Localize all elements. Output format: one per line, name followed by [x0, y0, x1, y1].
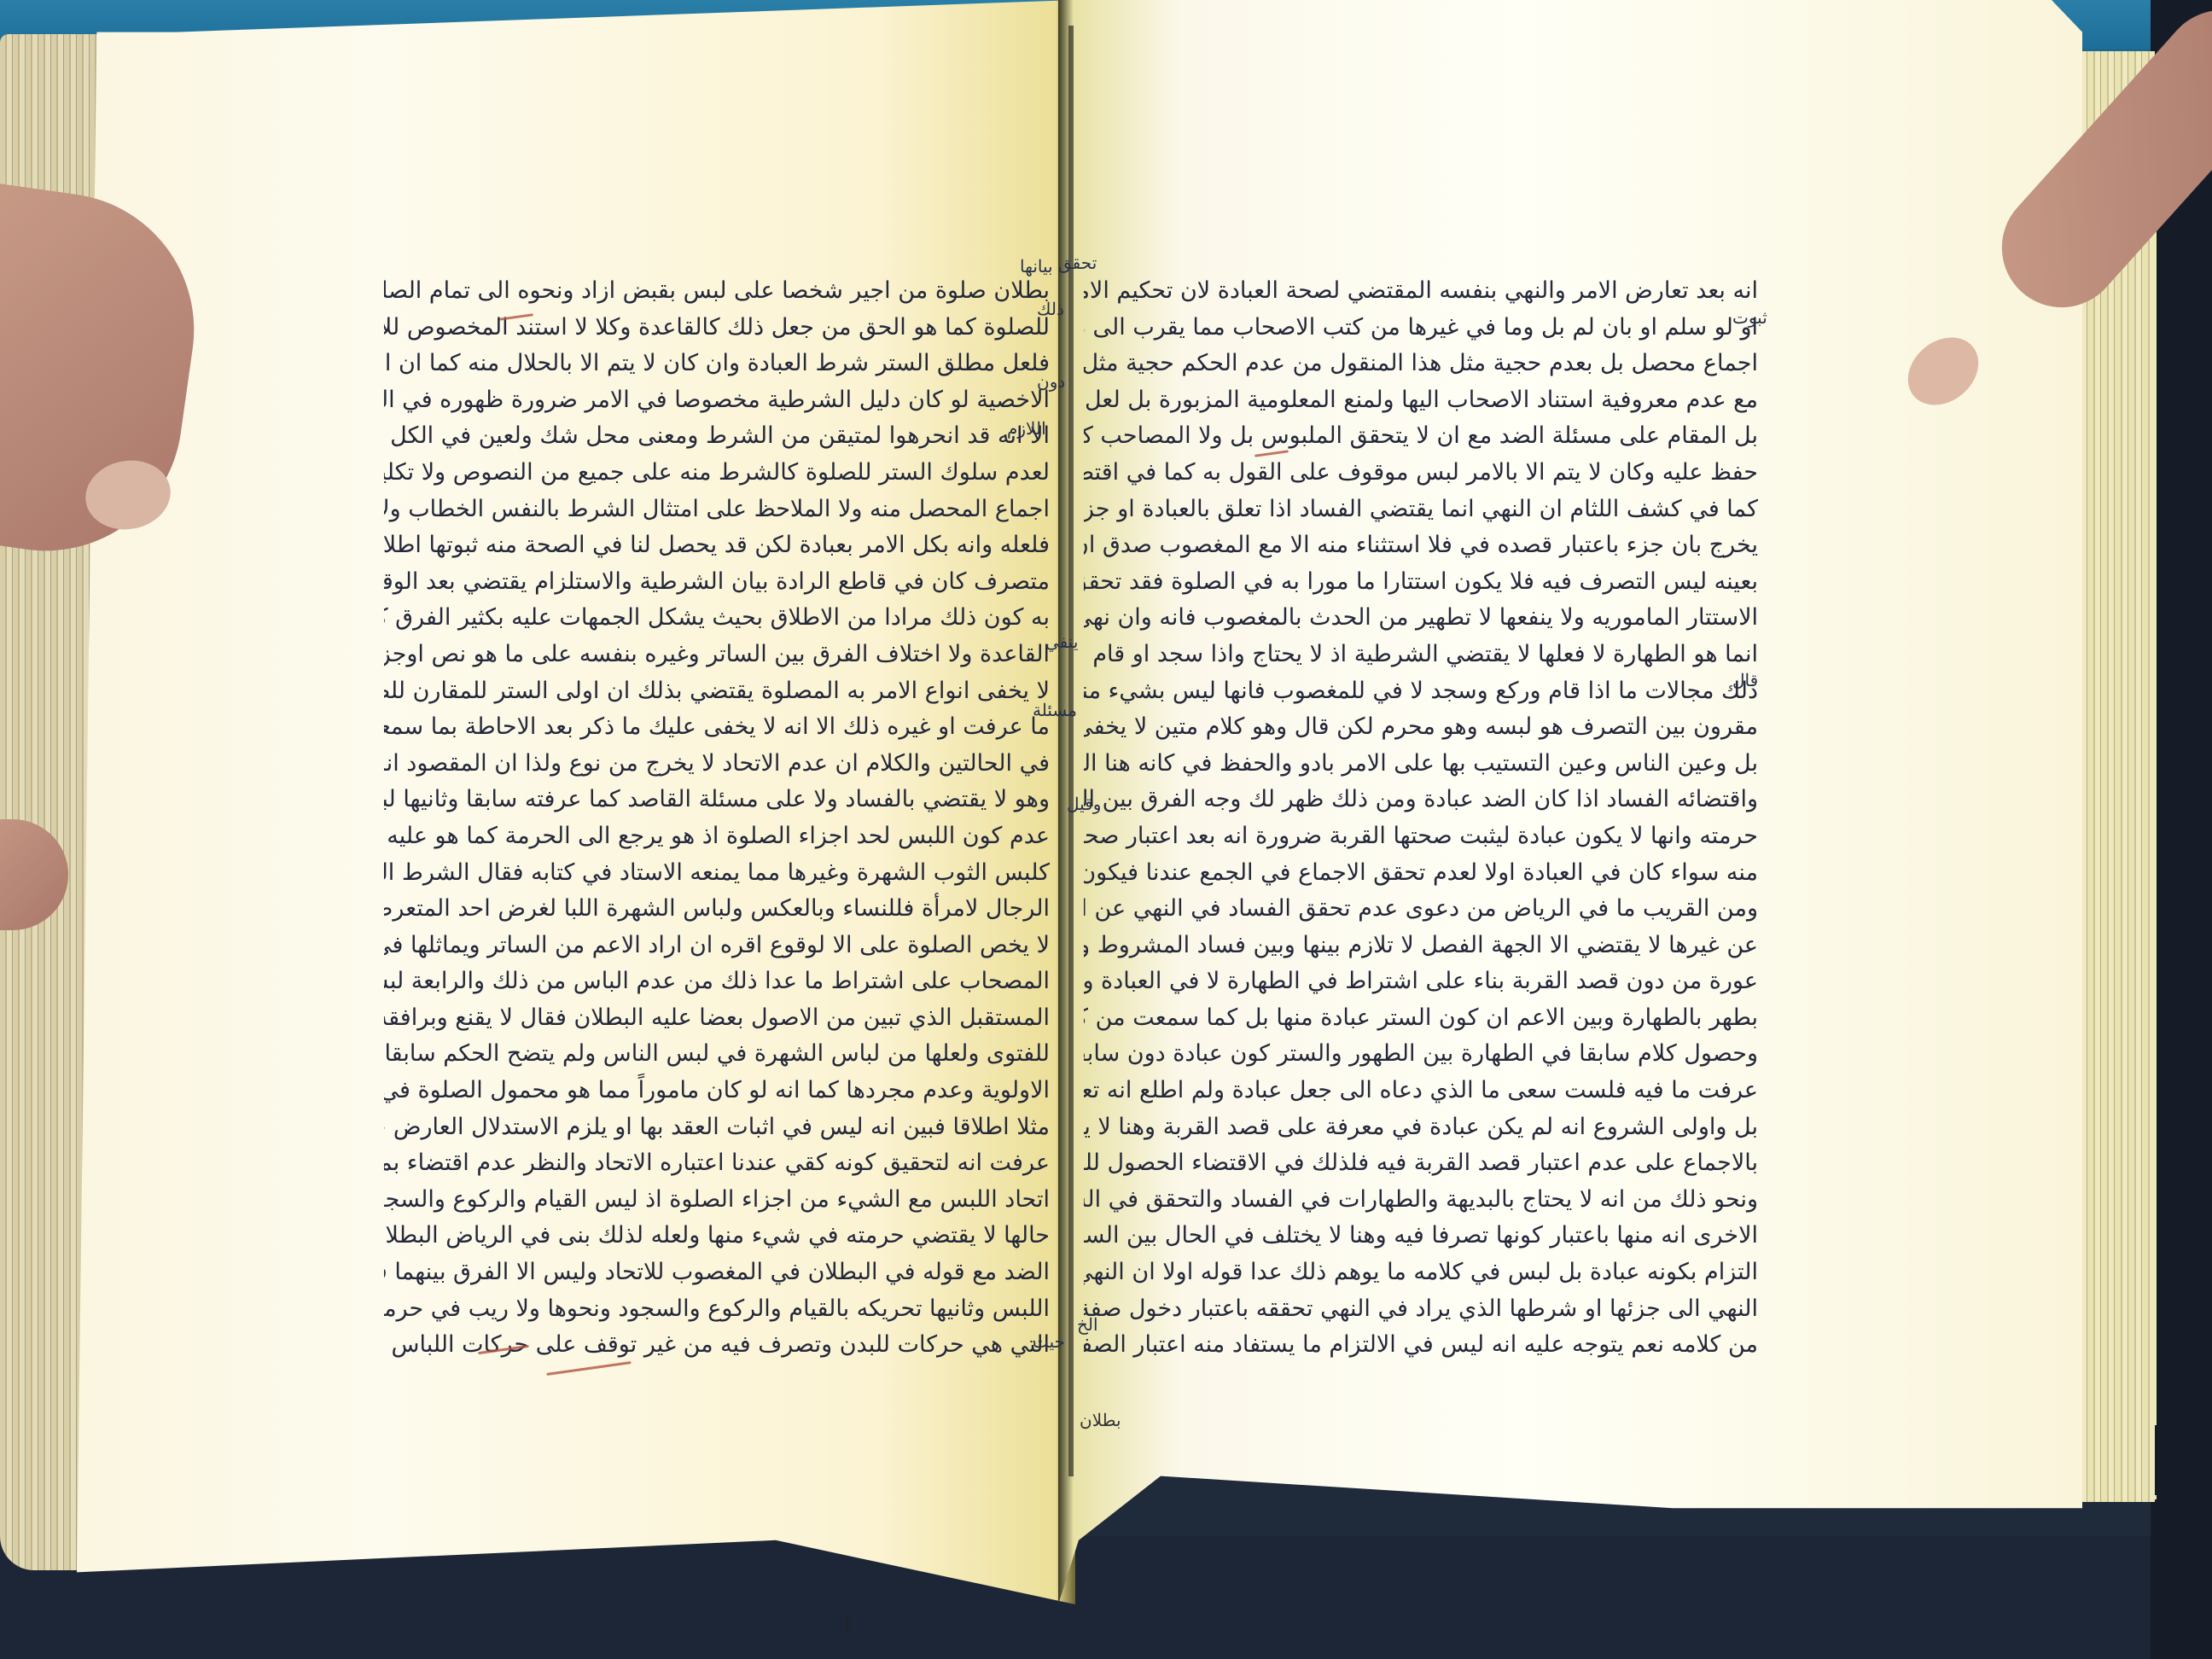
text-line: لعدم سلوك الستر للصلوة كالشرط منه على جم… — [384, 455, 1050, 492]
right-page-text: انه بعد تعارض الامر والنهي بنفسه المقتضي… — [1084, 273, 1758, 1364]
text-line: حرمته وانها لا يكون عبادة ليثبت صحتها ال… — [1084, 818, 1758, 855]
marginal-note: مسئلة — [1033, 700, 1077, 720]
text-line: في الحالتين والكلام ان عدم الاتحاد لا يخ… — [384, 746, 1050, 783]
book-gutter — [1068, 26, 1074, 1476]
text-line: القاعدة ولا اختلاف الفرق بين الساتر وغير… — [384, 637, 1050, 673]
text-line: بل وعين الناس وعين التستيب بها على الامر… — [1084, 746, 1758, 783]
text-line: مقرون بين التصرف هو لبسه وهو محرم لكن قا… — [1084, 709, 1758, 746]
text-line: اجماع محصل بل بعدم حجية مثل هذا المنقول … — [1084, 346, 1758, 382]
text-line: اجماع المحصل منه ولا الملاحظ على امتثال … — [384, 492, 1050, 528]
text-line: الاخصية لو كان دليل الشرطية مخصوصا في ال… — [384, 382, 1050, 419]
text-line: حالها لا يقتضي حرمته في شيء منها ولعله ل… — [384, 1218, 1050, 1254]
text-line: منه سواء كان في العبادة اولا لعدم تحقق ا… — [1084, 855, 1758, 892]
text-line: بالاجماع على عدم اعتبار قصد القربة فيه ف… — [1084, 1145, 1758, 1182]
text-line: عورة من دون قصد القربة بناء على اشتراط ف… — [1084, 963, 1758, 1000]
text-line: عرفت ما فيه فلست سعى ما الذي دعاه الى جع… — [1084, 1073, 1758, 1109]
text-line: بل واولى الشروع انه لم يكن عبادة في معرف… — [1084, 1109, 1758, 1146]
text-line: بل المقام على مسئلة الضد مع ان لا يتحقق … — [1084, 418, 1758, 455]
marginal-note: ينفي — [1045, 632, 1078, 652]
text-line: لا يخص الصلوة على الا لوقوع اقره ان اراد… — [384, 928, 1050, 964]
text-line: الرجال لامرأة فللنساء وبالعكس ولباس الشه… — [384, 891, 1050, 928]
text-line: ومن القريب ما في الرياض من دعوى عدم تحقق… — [1084, 891, 1758, 928]
text-line: من كلامه نعم يتوجه عليه انه ليس في الالت… — [1084, 1327, 1758, 1364]
text-line: المستقبل الذي تبين من الاصول بعضا عليه ا… — [384, 1000, 1050, 1037]
text-line: بطهر بالطهارة وبين الاعم ان كون الستر عب… — [1084, 1000, 1758, 1037]
text-line: اتحاد اللبس مع الشيء من اجزاء الصلوة اذ … — [384, 1182, 1050, 1219]
left-page-bottom-mark: ا — [845, 1613, 851, 1637]
text-line: بعينه ليس التصرف فيه فلا يكون استتارا ما… — [1084, 564, 1758, 601]
text-line: وحصول كلام سابقا في الطهارة بين الطهور و… — [1084, 1036, 1758, 1073]
text-line: عرفت انه لتحقيق كونه كقي عندنا اعتباره ا… — [384, 1145, 1050, 1182]
text-line: مثلا اطلاقا فبين انه ليس في اثبات العقد … — [384, 1109, 1050, 1146]
text-line: الاولوية وعدم مجردها كما انه لو كان مامو… — [384, 1073, 1050, 1109]
text-line: الا انه قد انحرهوا لمتيقن من الشرط ومعنى… — [384, 418, 1050, 455]
text-line: ونحو ذلك من انه لا يحتاج بالبديهة والطها… — [1084, 1182, 1758, 1219]
text-line: المصحاب على اشتراط ما عدا ذلك من عدم الب… — [384, 963, 1050, 1000]
text-line: فلعل مطلق الستر شرط العبادة وان كان لا ي… — [384, 346, 1050, 382]
text-line: حفظ عليه وكان لا يتم الا بالامر لبس موقو… — [1084, 455, 1758, 492]
marginal-note: حيث — [1033, 1331, 1065, 1352]
text-line: لا يخفى انواع الامر به المصلوة يقتضي بذل… — [384, 673, 1050, 710]
text-line: مع عدم معروفية استناد الاصحاب اليها ولمن… — [1084, 382, 1758, 419]
text-line: التزام بكونه عبادة بل لبس في كلامه ما يو… — [1084, 1254, 1758, 1291]
text-line: عن غيرها لا يقتضي الا الجهة الفصل لا تلا… — [1084, 928, 1758, 964]
text-line: ما عرفت او غيره ذلك الا انه لا يخفى عليك… — [384, 709, 1050, 746]
text-line: الضد مع قوله في البطلان في المغصوب للاتح… — [384, 1254, 1050, 1291]
text-line: التي هي حركات للبدن وتصرف فيه من غير توق… — [384, 1327, 1050, 1364]
marginal-note: اللازم — [1007, 418, 1046, 439]
text-line: النهي الى جزئها او شرطها الذي يراد في ال… — [1084, 1291, 1758, 1328]
marginal-note: ثبوت — [1732, 307, 1767, 328]
text-line: للفتوى ولعلها من لباس الشهرة في لبس النا… — [384, 1036, 1050, 1073]
text-line: الاخرى انه منها باعتبار كونها تصرفا فيه … — [1084, 1218, 1758, 1254]
text-line: اللبس وثانيها تحريكه بالقيام والركوع وال… — [384, 1291, 1050, 1328]
text-line: للصلوة كما هو الحق من جعل ذلك كالقاعدة و… — [384, 310, 1050, 346]
text-line: ذلك مجالات ما اذا قام وركع وسجد لا في لل… — [1084, 673, 1758, 710]
text-line: به كون ذلك مرادا من الاطلاق بحيث يشكل ال… — [384, 600, 1050, 637]
text-line: انما هو الطهارة لا فعلها لا يقتضي الشرطي… — [1084, 637, 1758, 673]
background-dark-right — [2151, 0, 2212, 1659]
marginal-note: قال — [1732, 670, 1758, 690]
text-line: واقتضائه الفساد اذا كان الضد عبادة ومن ذ… — [1084, 782, 1758, 818]
text-line: كلبس الثوب الشهرة وغيرها مما يمنعه الاست… — [384, 855, 1050, 892]
text-line: بطلان صلوة من اجير شخصا على لبس بقبض ازا… — [384, 273, 1050, 310]
marginal-note: دون — [1037, 371, 1065, 392]
text-line: يخرج بان جزء باعتبار قصده في فلا استثناء… — [1084, 527, 1758, 564]
marginal-note: ذلك — [1037, 299, 1064, 319]
text-line: او لو سلم او بان لم بل وما في غيرها من ك… — [1084, 310, 1758, 346]
text-line: عدم كون اللبس لحد اجزاء الصلوة اذ هو يرج… — [384, 818, 1050, 855]
text-line: الاستتار الماموريه ولا ينفعها لا تطهير م… — [1084, 600, 1758, 637]
text-line: متصرف كان في قاطع الرادة بيان الشرطية وا… — [384, 564, 1050, 601]
right-page-catchword: بطلان — [1080, 1410, 1121, 1430]
text-line: كما في كشف اللثام ان النهي انما يقتضي ال… — [1084, 492, 1758, 528]
marginal-note: وقيل — [1067, 794, 1101, 814]
marginal-note: الخ — [1077, 1314, 1098, 1335]
text-line: فلعله وانه بكل الامر بعبادة لكن قد يحصل … — [384, 527, 1050, 564]
marginal-note: تحقق — [1058, 253, 1097, 273]
text-line: انه بعد تعارض الامر والنهي بنفسه المقتضي… — [1084, 273, 1758, 310]
marginal-note: بيانها — [1020, 256, 1053, 276]
left-page-text: بطلان صلوة من اجير شخصا على لبس بقبض ازا… — [384, 273, 1050, 1364]
text-line: وهو لا يقتضي بالفساد ولا على مسئلة القاص… — [384, 782, 1050, 818]
